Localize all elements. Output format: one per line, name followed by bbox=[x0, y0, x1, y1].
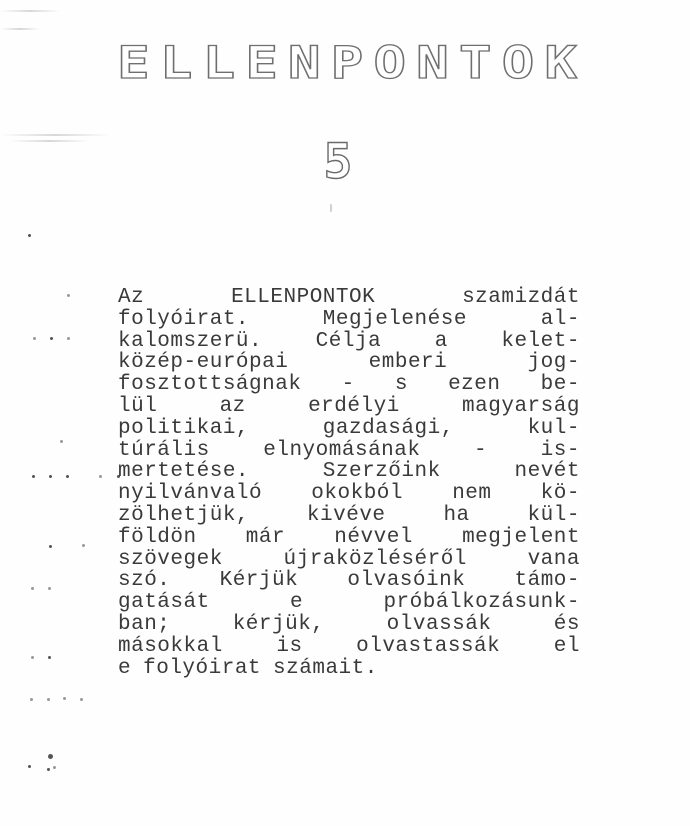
word: olvastassák bbox=[356, 636, 500, 658]
word: szövegek bbox=[118, 549, 223, 571]
word: elnyomásának bbox=[263, 440, 420, 462]
word: támo- bbox=[514, 570, 580, 592]
text-line: közép-európaiemberijog- bbox=[118, 352, 580, 374]
text-line: folyóirat.Megjelenéseal- bbox=[118, 309, 580, 331]
word: politikai, bbox=[118, 418, 249, 440]
word: - bbox=[342, 374, 355, 396]
word: próbálkozásunk- bbox=[383, 592, 580, 614]
word: Szerzőink bbox=[323, 461, 441, 483]
word: kivéve bbox=[307, 505, 386, 527]
text-line: gatásátepróbálkozásunk- bbox=[118, 592, 580, 614]
margin-dot bbox=[31, 587, 34, 590]
word: szamizdát bbox=[462, 287, 580, 309]
margin-dot bbox=[49, 545, 52, 548]
word: erdélyi bbox=[308, 396, 400, 418]
word: közép-európai bbox=[118, 352, 288, 374]
word: jog- bbox=[528, 352, 580, 374]
masthead-letter: L bbox=[197, 43, 240, 84]
margin-dot bbox=[28, 234, 31, 237]
word: vana bbox=[528, 549, 580, 571]
word: szó. bbox=[118, 570, 170, 592]
word: okokból bbox=[311, 483, 403, 505]
margin-dot bbox=[47, 698, 50, 701]
text-line: efolyóiratszámait. bbox=[118, 658, 580, 680]
masthead-title: ELLENPONTOK bbox=[112, 38, 582, 88]
text-line: földönmárnévvelmegjelent bbox=[118, 527, 580, 549]
word: ELLENPONTOK bbox=[231, 287, 375, 309]
margin-dot bbox=[67, 294, 70, 297]
word: lül bbox=[118, 396, 157, 418]
word: e bbox=[118, 658, 131, 680]
masthead-letter: T bbox=[454, 43, 497, 84]
word: gazdasági, bbox=[323, 418, 454, 440]
word: ban; bbox=[118, 614, 170, 636]
scan-smudge bbox=[10, 140, 90, 142]
word: be- bbox=[541, 374, 580, 396]
masthead-letter: P bbox=[326, 43, 369, 84]
word: túrális bbox=[118, 440, 210, 462]
margin-dot bbox=[31, 656, 34, 659]
word: nyilvánvaló bbox=[118, 483, 262, 505]
document-page: ELLENPONTOK 5 AzELLENPONTOKszamizdátfoly… bbox=[0, 0, 690, 826]
masthead-letter: K bbox=[539, 43, 582, 84]
word: s bbox=[395, 374, 408, 396]
margin-dot bbox=[66, 475, 69, 478]
masthead-letter: E bbox=[240, 43, 283, 84]
margin-dot bbox=[53, 766, 56, 769]
word: olvasóink bbox=[347, 570, 465, 592]
margin-dot bbox=[99, 475, 102, 478]
text-line: mertetése.Szerzőinknevét bbox=[118, 461, 580, 483]
margin-dot bbox=[33, 337, 36, 340]
text-line: lülazerdélyimagyarság bbox=[118, 396, 580, 418]
word: al- bbox=[541, 309, 580, 331]
word: számait. bbox=[273, 658, 378, 680]
scan-smudge bbox=[0, 134, 110, 136]
margin-dot bbox=[28, 765, 31, 768]
text-line: ban;kérjük,olvassákés bbox=[118, 614, 580, 636]
word: kalomszerü. bbox=[118, 331, 262, 353]
margin-dot bbox=[48, 754, 53, 759]
word: Megjelenése bbox=[323, 309, 467, 331]
text-line: nyilvánvalóokokbólnemkö- bbox=[118, 483, 580, 505]
word: kul- bbox=[528, 418, 580, 440]
word: újraközléséről bbox=[283, 549, 466, 571]
masthead-letter: N bbox=[283, 43, 326, 84]
word: már bbox=[246, 527, 285, 549]
scan-smudge bbox=[0, 10, 60, 12]
text-line: fosztottságnak-sezenbe- bbox=[118, 374, 580, 396]
margin-dot bbox=[30, 698, 33, 701]
word: Célja bbox=[316, 331, 382, 353]
scan-smudge bbox=[0, 28, 40, 30]
word: nevét bbox=[514, 461, 580, 483]
word: névvel bbox=[334, 527, 413, 549]
word: kül- bbox=[528, 505, 580, 527]
text-line: AzELLENPONTOKszamizdát bbox=[118, 287, 580, 309]
word: földön bbox=[118, 527, 197, 549]
word: mertetése. bbox=[118, 461, 249, 483]
word: magyarság bbox=[462, 396, 580, 418]
text-line: szövegekújraközlésérőlvana bbox=[118, 549, 580, 571]
word: kérjük, bbox=[233, 614, 325, 636]
margin-dot bbox=[80, 698, 83, 701]
margin-dot bbox=[67, 337, 70, 340]
margin-dot bbox=[63, 697, 66, 700]
word: ezen bbox=[448, 374, 500, 396]
word: e bbox=[290, 592, 303, 614]
margin-dot bbox=[32, 475, 35, 478]
masthead-letter: N bbox=[411, 43, 454, 84]
margin-dot bbox=[82, 544, 85, 547]
word: Kérjük bbox=[220, 570, 299, 592]
margin-dot bbox=[48, 656, 51, 659]
margin-dot bbox=[50, 337, 53, 340]
word: kö- bbox=[541, 483, 580, 505]
word: is- bbox=[541, 440, 580, 462]
word: folyóirat. bbox=[118, 309, 249, 331]
word: olvassák bbox=[387, 614, 492, 636]
text-line: kalomszerü.Céljaakelet- bbox=[118, 331, 580, 353]
text-line: szó.Kérjükolvasóinktámo- bbox=[118, 570, 580, 592]
text-line: zölhetjük,kivévehakül- bbox=[118, 505, 580, 527]
word: ha bbox=[443, 505, 469, 527]
body-text: AzELLENPONTOKszamizdátfolyóirat.Megjelen… bbox=[118, 287, 580, 679]
margin-dot bbox=[49, 475, 52, 478]
word: - bbox=[474, 440, 487, 462]
issue-number: 5 bbox=[318, 132, 358, 192]
text-line: másokkalisolvastassákel bbox=[118, 636, 580, 658]
word: folyóirat bbox=[143, 658, 261, 680]
word: az bbox=[220, 396, 246, 418]
word: és bbox=[554, 614, 580, 636]
masthead-letter: O bbox=[368, 43, 411, 84]
word: gatását bbox=[118, 592, 210, 614]
word: nem bbox=[452, 483, 491, 505]
word: fosztottságnak bbox=[118, 374, 301, 396]
word: emberi bbox=[369, 352, 448, 374]
scan-mark bbox=[330, 204, 332, 212]
text-line: túráliselnyomásának-is- bbox=[118, 440, 580, 462]
word: zölhetjük, bbox=[118, 505, 249, 527]
word: a bbox=[435, 331, 448, 353]
margin-dot bbox=[48, 587, 51, 590]
word: el bbox=[554, 636, 580, 658]
word: megjelent bbox=[462, 527, 580, 549]
word: Az bbox=[118, 287, 144, 309]
word: kelet- bbox=[501, 331, 580, 353]
text-line: politikai,gazdasági,kul- bbox=[118, 418, 580, 440]
word: is bbox=[276, 636, 302, 658]
margin-dot bbox=[60, 440, 63, 443]
margin-dot bbox=[47, 768, 50, 771]
masthead-letter: E bbox=[112, 43, 155, 84]
word: másokkal bbox=[118, 636, 223, 658]
masthead-letter: L bbox=[155, 43, 198, 84]
masthead-letter: O bbox=[497, 43, 540, 84]
